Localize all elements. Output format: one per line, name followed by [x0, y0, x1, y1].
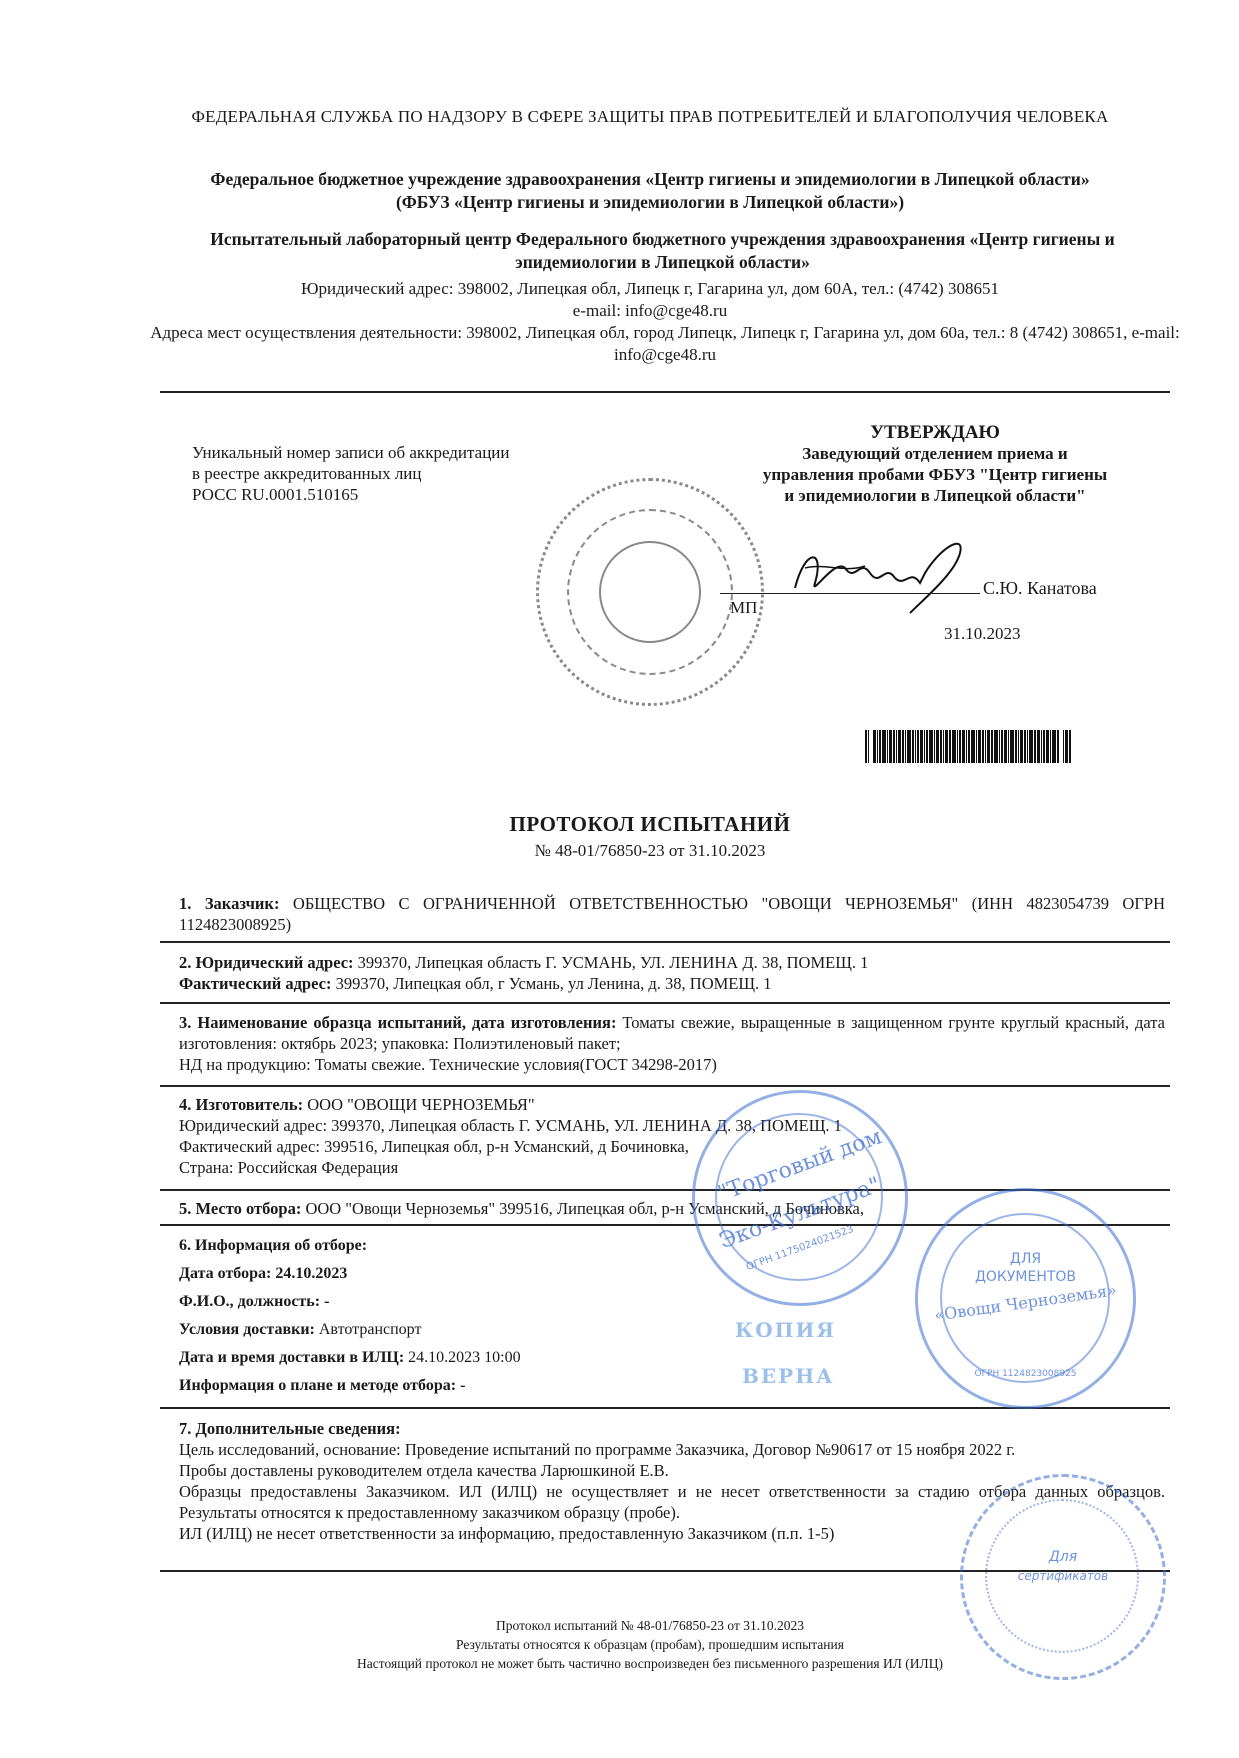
customer-label: 1. Заказчик:	[179, 894, 279, 913]
accreditation-block: Уникальный номер записи об аккредитации …	[192, 442, 510, 505]
sampling-date-label: Дата отбора:	[179, 1265, 271, 1282]
delivery-label: Условия доставки:	[179, 1321, 315, 1338]
section-customer: 1. Заказчик: ОБЩЕСТВО С ОГРАНИЧЕННОЙ ОТВ…	[179, 893, 1165, 935]
delivery-value: Автотранспорт	[319, 1321, 422, 1338]
legal-address-line: Юридический адрес: 398002, Липецкая обл,…	[150, 278, 1150, 300]
seal-center	[599, 541, 701, 643]
accreditation-number: РОСС RU.0001.510165	[192, 484, 510, 505]
person-value: -	[324, 1293, 329, 1310]
institution-name: Федеральное бюджетное учреждение здравоо…	[150, 168, 1150, 214]
signatory-name: С.Ю. Канатова	[983, 578, 1097, 599]
signature-icon	[785, 528, 985, 618]
stamp-text: ДЛЯ	[918, 1251, 1133, 1267]
manufacturer-actual: Фактический адрес: 399516, Липецкая обл,…	[179, 1136, 1165, 1157]
protocol-number: № 48-01/76850-23 от 31.10.2023	[150, 841, 1150, 861]
approval-title: УТВЕРЖДАЮ	[730, 422, 1140, 443]
accreditation-line2: в реестре аккредитованных лиц	[192, 463, 510, 484]
manufacturer-value: ООО "ОВОЩИ ЧЕРНОЗЕМЬЯ"	[307, 1095, 534, 1114]
header-divider	[160, 391, 1170, 393]
manufacturer-legal: Юридический адрес: 399370, Липецкая обла…	[179, 1115, 1165, 1136]
section-divider	[160, 1085, 1170, 1087]
seal-label: МП	[730, 598, 757, 618]
signature-line	[720, 593, 980, 594]
approval-date: 31.10.2023	[944, 624, 1021, 644]
section-sample: 3. Наименование образца испытаний, дата …	[179, 1012, 1165, 1075]
approval-position-3: и эпидемиологии в Липецкой области"	[730, 485, 1140, 506]
protocol-title: ПРОТОКОЛ ИСПЫТАНИЙ	[150, 812, 1150, 837]
additional-purpose: Цель исследований, основание: Проведение…	[179, 1439, 1165, 1460]
copy-mark: КОПИЯ	[735, 1318, 836, 1342]
sampling-place-label: 5. Место отбора:	[179, 1199, 301, 1218]
footer-line1: Протокол испытаний № 48-01/76850-23 от 3…	[150, 1616, 1150, 1635]
delivery-datetime-value: 24.10.2023 10:00	[408, 1349, 520, 1366]
stamp-ogrn: ОГРН 1124823008925	[918, 1369, 1133, 1379]
copy-mark: ВЕРНА	[742, 1364, 834, 1388]
company-stamp-ovoshchi: ДЛЯ ДОКУМЕНТОВ «Овощи Черноземья» ОГРН 1…	[915, 1188, 1136, 1409]
page-footer: Протокол испытаний № 48-01/76850-23 от 3…	[150, 1616, 1150, 1673]
footer-line2: Результаты относятся к образцам (пробам)…	[150, 1635, 1150, 1654]
agency-name: ФЕДЕРАЛЬНАЯ СЛУЖБА ПО НАДЗОРУ В СФЕРЕ ЗА…	[150, 106, 1150, 128]
person-label: Ф.И.О., должность:	[179, 1293, 320, 1310]
manufacturer-label: 4. Изготовитель:	[179, 1095, 303, 1114]
approval-position-1: Заведующий отделением приема и	[730, 443, 1140, 464]
legal-address: Юридический адрес: 398002, Липецкая обл,…	[150, 278, 1150, 322]
legal-address-value: 399370, Липецкая область Г. УСМАНЬ, УЛ. …	[358, 953, 869, 972]
activity-address: Адреса мест осуществления деятельности: …	[150, 322, 1180, 366]
actual-address-value: 399370, Липецкая обл, г Усмань, ул Ленин…	[336, 974, 772, 993]
institution-full: Федеральное бюджетное учреждение здравоо…	[150, 168, 1150, 191]
section-address: 2. Юридический адрес: 399370, Липецкая о…	[179, 952, 1165, 994]
section-divider	[160, 1002, 1170, 1004]
stamp-text: Для	[963, 1549, 1163, 1565]
actual-address-label: Фактический адрес:	[179, 974, 331, 993]
lab-name: Испытательный лабораторный центр Федерал…	[185, 228, 1140, 274]
legal-email: e-mail: info@cge48.ru	[150, 300, 1150, 322]
approval-block: УТВЕРЖДАЮ Заведующий отделением приема и…	[730, 422, 1140, 506]
accreditation-line1: Уникальный номер записи об аккредитации	[192, 442, 510, 463]
additional-label: 7. Дополнительные сведения:	[179, 1418, 1165, 1439]
approval-position-2: управления пробами ФБУЗ "Центр гигиены	[730, 464, 1140, 485]
section-divider	[160, 941, 1170, 943]
manufacturer-country: Страна: Российская Федерация	[179, 1157, 1165, 1178]
company-stamp-trade-house: "Торговый дом Эко-Культура" ОГРН 1175024…	[692, 1090, 908, 1306]
footer-line3: Настоящий протокол не может быть частичн…	[150, 1654, 1150, 1673]
additional-delivered: Пробы доставлены руководителем отдела ка…	[179, 1460, 1165, 1481]
sampling-date-value: 24.10.2023	[275, 1265, 347, 1282]
stamp-text: сертификатов	[963, 1569, 1163, 1583]
customer-value: ОБЩЕСТВО С ОГРАНИЧЕННОЙ ОТВЕТСТВЕННОСТЬЮ…	[179, 894, 1165, 934]
sample-label: 3. Наименование образца испытаний, дата …	[179, 1013, 616, 1032]
sample-nd: НД на продукцию: Томаты свежие. Техничес…	[179, 1054, 1165, 1075]
section-manufacturer: 4. Изготовитель: ООО "ОВОЩИ ЧЕРНОЗЕМЬЯ" …	[179, 1094, 1165, 1178]
plan-label: Информация о плане и методе отбора:	[179, 1377, 456, 1394]
delivery-datetime-label: Дата и время доставки в ИЛЦ:	[179, 1349, 404, 1366]
barcode-icon	[865, 730, 1180, 763]
plan-value: -	[460, 1377, 465, 1394]
round-seal-stamp	[536, 478, 764, 706]
institution-short: (ФБУЗ «Центр гигиены и эпидемиологии в Л…	[150, 191, 1150, 214]
legal-address-label: 2. Юридический адрес:	[179, 953, 354, 972]
